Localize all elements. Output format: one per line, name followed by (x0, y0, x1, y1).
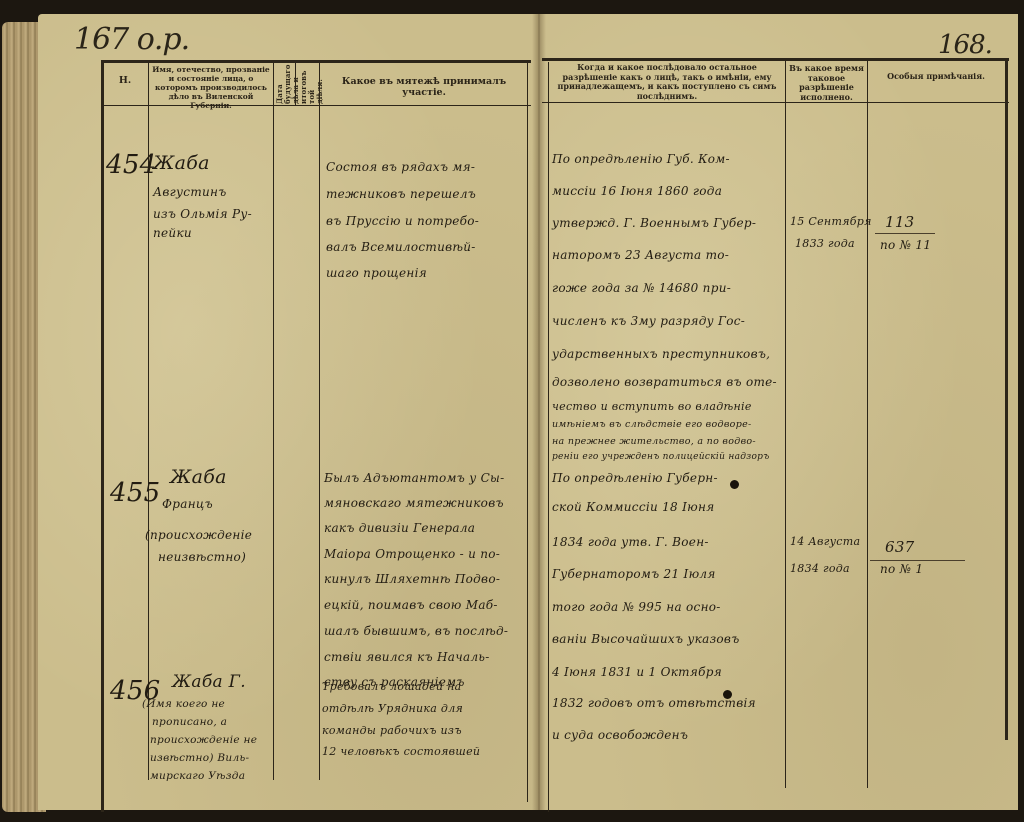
resolution-line: дозволено возвратиться въ оте- (552, 375, 777, 389)
book-gutter (532, 14, 546, 810)
entry-name-line: извѣстно) Виль- (150, 752, 249, 764)
col-divider-executed (867, 60, 868, 788)
entry-name-line: изъ Ольмія Ру- (153, 207, 252, 221)
entry-name-line: (Имя коего не (142, 698, 225, 710)
executed-date-line: 15 Сентября (790, 215, 872, 228)
right-header-rule (542, 102, 1009, 103)
left-folio-number: 167 о.р. (74, 22, 189, 57)
participation-line: мяновскаго мятежниковъ (324, 496, 504, 510)
participation-line: Состоя въ рядахъ мя- (326, 160, 475, 174)
resolution-line: имѣніемъ въ слѣдствіе его водворе- (552, 419, 752, 430)
notes-line: по № 11 (880, 238, 931, 252)
participation-line: въ Пруссію и потребо- (326, 214, 479, 228)
notes-line: 113 (885, 213, 915, 231)
notes-fraction-rule (875, 233, 935, 234)
executed-date-line: 1833 года (795, 237, 855, 250)
notes-line: по № 1 (880, 562, 923, 576)
resolution-line: численъ къ 3му разряду Гос- (552, 314, 745, 328)
col-divider-participation (527, 62, 528, 802)
entry-name-line: Францъ (162, 497, 213, 511)
entry-number: 455 (110, 478, 161, 508)
header-number: Н. (104, 75, 146, 86)
resolution-line: того года № 995 на осно- (552, 600, 721, 614)
participation-line: 12 человѣкъ состоявшей (322, 745, 480, 758)
entry-surname: Жаба (170, 466, 227, 488)
executed-date-line: 1834 года (790, 562, 850, 575)
participation-line: тежниковъ перешелъ (326, 187, 476, 201)
header-name: Имя, отечество, прозваніе и состояніе ли… (150, 65, 272, 110)
ink-blot (723, 690, 732, 699)
resolution-line: ударственныхъ преступниковъ, (552, 347, 770, 361)
left-outer-border (101, 60, 104, 812)
entry-name-line: (происхожденіе (145, 528, 252, 542)
participation-line: отдѣлѣ Урядника для (322, 702, 463, 715)
participation-line: команды рабочихъ изъ (322, 724, 462, 737)
header-notes: Особыя примѣчанія. (869, 72, 1003, 82)
right-top-rule (542, 58, 1009, 61)
ledger-book-spread: 167 о.р. 168. Н. Имя, отечество, прозван… (0, 0, 1024, 822)
header-date: Дата будущаго дѣла и итоговъ той діѣля. (276, 64, 318, 104)
header-participation: Какое въ мятежѣ принималъ участіе. (322, 76, 526, 99)
participation-line: валъ Всемилостивѣй- (326, 240, 476, 254)
resolution-line: По опредѣленію Губ. Ком- (552, 152, 730, 166)
entry-name-line: мирскаго Уѣзда (150, 770, 245, 782)
right-inner-border (548, 62, 549, 812)
resolution-line: реніи его учрежденъ полицейскій надзоръ (552, 452, 770, 462)
col-divider-name (273, 62, 274, 780)
resolution-line: утвержд. Г. Военнымъ Губер- (552, 216, 756, 230)
entry-name-line: неизвѣстно) (158, 550, 246, 564)
participation-line: Требовалъ лошадей на (322, 680, 462, 693)
entry-name-line: Августинъ (153, 185, 227, 199)
right-outer-border (1005, 58, 1008, 740)
col-divider-resolution (785, 60, 786, 788)
entry-surname: Жаба (153, 152, 210, 174)
resolution-line: гоже года за № 14680 при- (552, 281, 731, 295)
participation-line: какъ дивизіи Генерала (324, 521, 475, 535)
resolution-line: наторомъ 23 Августа то- (552, 248, 729, 262)
participation-line: ствіи явился къ Началь- (324, 650, 490, 664)
ink-blot (730, 480, 739, 489)
resolution-line: ской Коммиссіи 18 Іюня (552, 500, 714, 514)
resolution-line: ваніи Высочайшихъ указовъ (552, 632, 740, 646)
header-executed: Въ какое время таковое разрѣшеніе исполн… (787, 64, 866, 102)
participation-line: ецкій, поимавъ свою Маб- (324, 598, 498, 612)
resolution-line: 1834 года утв. Г. Воен- (552, 535, 709, 549)
resolution-line: миссіи 16 Іюня 1860 года (552, 184, 722, 198)
notes-line: 637 (885, 538, 915, 556)
resolution-line: и суда освобожденъ (552, 728, 688, 742)
participation-line: Былъ Адъютантомъ у Сы- (324, 471, 505, 485)
entry-name-line: пейки (153, 226, 192, 240)
col-divider-date (319, 62, 320, 780)
executed-date-line: 14 Августа (790, 535, 860, 548)
participation-line: кинулъ Шляхетнѣ Подво- (324, 572, 500, 586)
notes-fraction-rule (870, 560, 965, 561)
entry-number: 454 (106, 150, 157, 180)
resolution-line: По опредѣленію Губерн- (552, 471, 718, 485)
entry-surname: Жаба Г. (172, 672, 246, 692)
entry-name-line: прописано, а (152, 716, 227, 728)
participation-line: шалъ бывшимъ, въ послѣд- (324, 624, 508, 638)
participation-line: Маіора Отрощенко - и по- (324, 547, 500, 561)
entry-name-line: происхожденіе не (150, 734, 257, 746)
participation-line: шаго прощенія (326, 266, 427, 280)
resolution-line: на прежнее жительство, а по водво- (552, 436, 756, 447)
left-top-rule (101, 60, 531, 63)
resolution-line: чество и вступить во владѣніе (552, 400, 752, 413)
resolution-line: 4 Іюня 1831 и 1 Октября (552, 665, 722, 679)
header-resolution: Когда и какое послѣдовало остальное разр… (551, 63, 783, 101)
right-folio-number: 168. (938, 30, 992, 60)
resolution-line: Губернаторомъ 21 Іюля (552, 567, 716, 581)
